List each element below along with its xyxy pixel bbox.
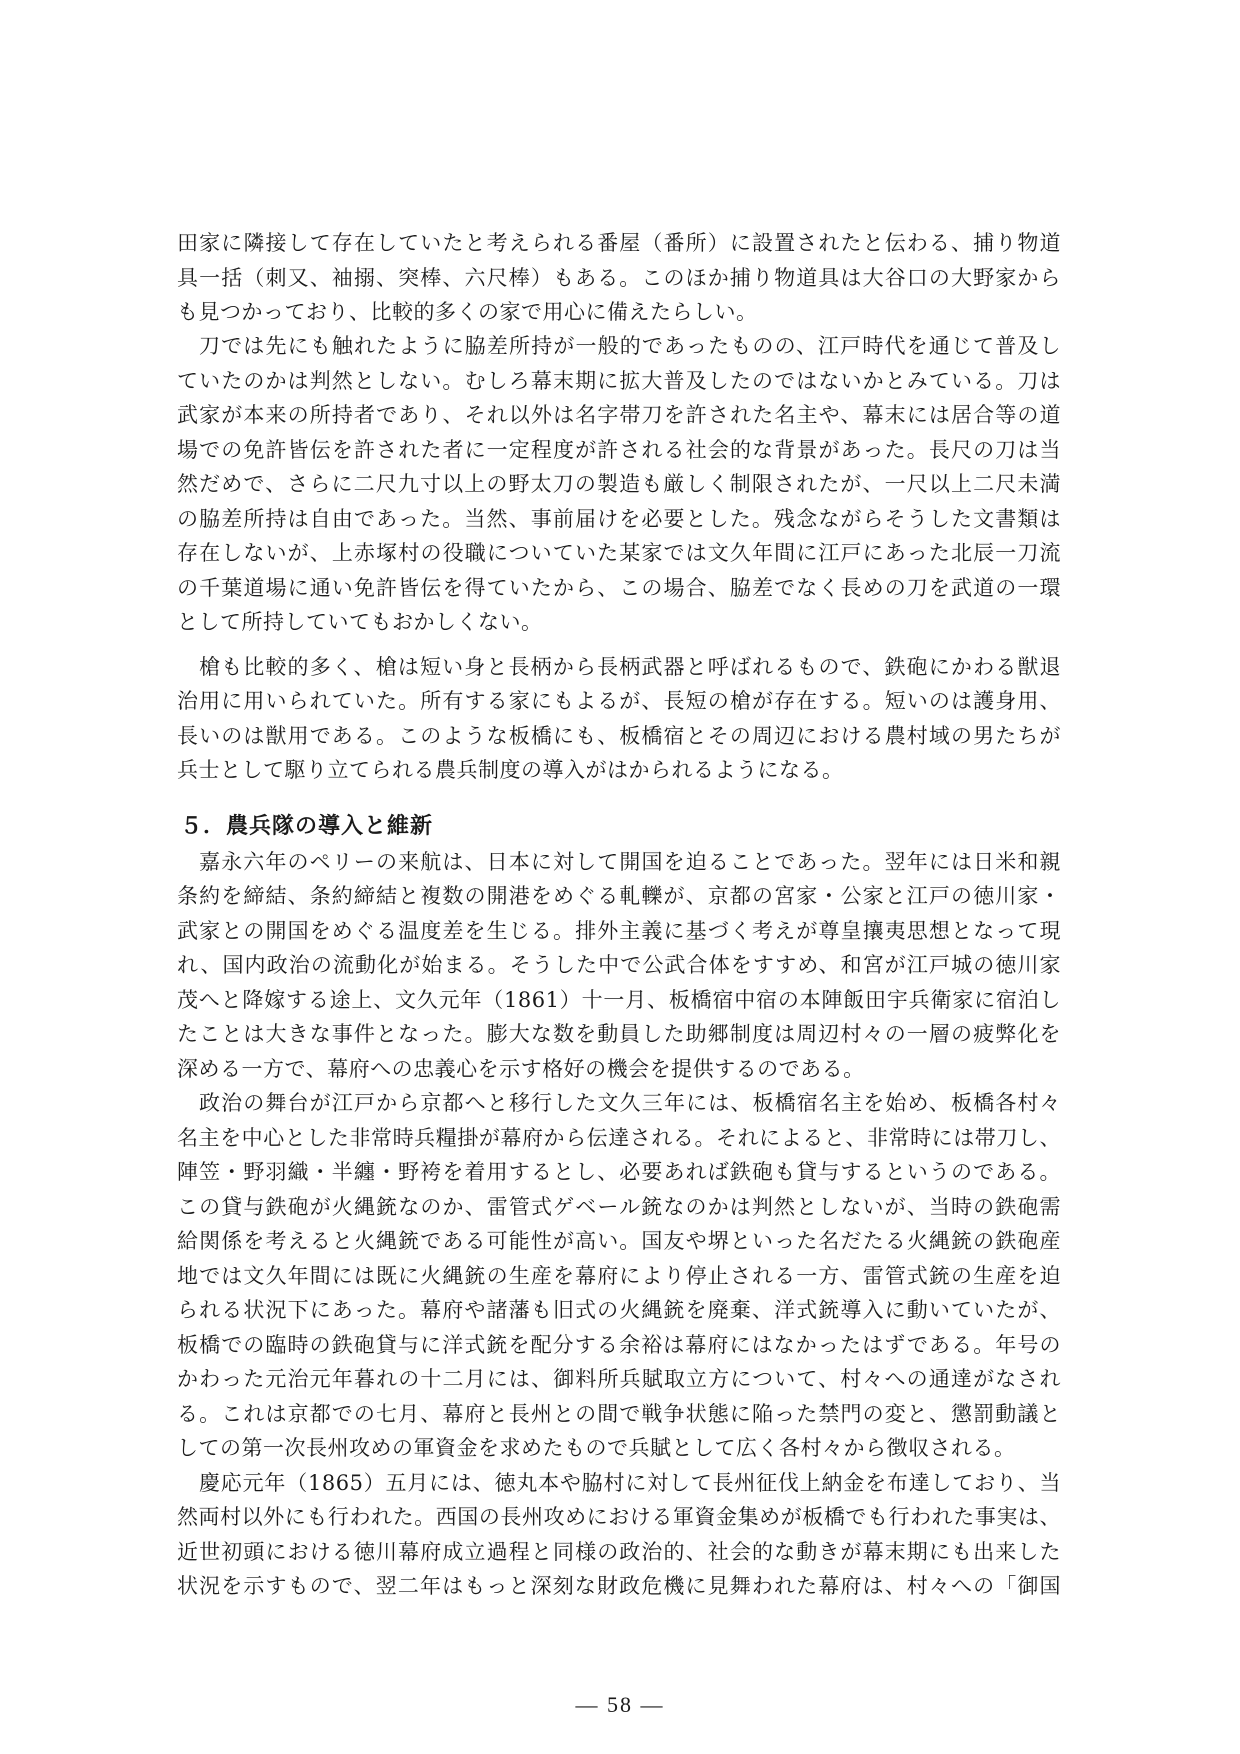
text-line: この貸与鉄砲が火縄銃なのか、雷管式ゲベール銃なのかは判然としないが、当時の鉄砲需 xyxy=(177,1190,1061,1224)
text-line: 治用に用いられていた。所有する家にもよるが、長短の槍が存在する。短いのは護身用、 xyxy=(177,684,1061,718)
text-line: 兵士として駆り立てられる農兵制度の導入がはかられるようになる。 xyxy=(177,753,1061,787)
text-line: の脇差所持は自由であった。当然、事前届けを必要とした。残念ながらそうした文書類は xyxy=(177,502,1061,536)
text-line: る。これは京都での七月、幕府と長州との間で戦争状態に陥った禁門の変と、懲罰動議と xyxy=(177,1397,1061,1431)
text-line: ていたのかは判然としない。むしろ幕末期に拡大普及したのではないかとみている。刀は xyxy=(177,364,1061,398)
text-line: 嘉永六年のペリーの来航は、日本に対して開国を迫ることであった。翌年には日米和親 xyxy=(177,845,1061,879)
text-line: れ、国内政治の流動化が始まる。そうした中で公武合体をすすめ、和宮が江戸城の徳川家 xyxy=(177,948,1061,982)
text-line: 長いのは獣用である。このような板橋にも、板橋宿とその周辺における農村域の男たちが xyxy=(177,719,1061,753)
text-line: として所持していてもおかしくない。 xyxy=(177,605,1061,639)
text-line: 近世初頭における徳川幕府成立過程と同様の政治的、社会的な動きが幕末期にも出来した xyxy=(177,1535,1061,1569)
text-line: 給関係を考えると火縄銃である可能性が高い。国友や堺といった名だたる火縄銃の鉄砲産 xyxy=(177,1224,1061,1258)
text-line: 地では文久年間には既に火縄銃の生産を幕府により停止される一方、雷管式銃の生産を迫 xyxy=(177,1259,1061,1293)
text-line: 政治の舞台が江戸から京都へと移行した文久三年には、板橋宿名主を始め、板橋各村々 xyxy=(177,1086,1061,1120)
text-line: の千葉道場に通い免許皆伝を得ていたから、この場合、脇差でなく長めの刀を武道の一環 xyxy=(177,571,1061,605)
text-line: 茂へと降嫁する途上、文久元年（1861）十一月、板橋宿中宿の本陣飯田宇兵衛家に宿… xyxy=(177,983,1061,1017)
text-line: 武家との開国をめぐる温度差を生じる。排外主義に基づく考えが尊皇攘夷思想となって現 xyxy=(177,914,1061,948)
text-line: も見つかっており、比較的多くの家で用心に備えたらしい。 xyxy=(177,295,1061,329)
text-line: 慶応元年（1865）五月には、徳丸本や脇村に対して長州征伐上納金を布達しており、… xyxy=(177,1466,1061,1500)
page-number: — 58 — xyxy=(0,1690,1240,1720)
text-line: 然両村以外にも行われた。西国の長州攻めにおける軍資金集めが板橋でも行われた事実は… xyxy=(177,1500,1061,1534)
text-line: 場での免許皆伝を許された者に一定程度が許される社会的な背景があった。長尺の刀は当 xyxy=(177,433,1061,467)
text-line: 板橋での臨時の鉄砲貸与に洋式銃を配分する余裕は幕府にはなかったはずである。年号の xyxy=(177,1328,1061,1362)
text-line: しての第一次長州攻めの軍資金を求めたもので兵賦として広く各村々から徴収される。 xyxy=(177,1431,1061,1465)
text-line: 槍も比較的多く、槍は短い身と長柄から長柄武器と呼ばれるもので、鉄砲にかわる獣退 xyxy=(177,650,1061,684)
text-line: 田家に隣接して存在していたと考えられる番屋（番所）に設置されたと伝わる、捕り物道 xyxy=(177,226,1061,260)
text-line: られる状況下にあった。幕府や諸藩も旧式の火縄銃を廃棄、洋式銃導入に動いていたが、 xyxy=(177,1293,1061,1327)
text-line: 武家が本来の所持者であり、それ以外は名字帯刀を許された名主や、幕末には居合等の道 xyxy=(177,398,1061,432)
text-line: 刀では先にも触れたように脇差所持が一般的であったものの、江戸時代を通じて普及し xyxy=(177,329,1061,363)
text-line: 深める一方で、幕府への忠義心を示す格好の機会を提供するのである。 xyxy=(177,1052,1061,1086)
text-line: 状況を示すもので、翌二年はもっと深刻な財政危機に見舞われた幕府は、村々への「御国 xyxy=(177,1569,1061,1603)
text-line: 名主を中心とした非常時兵糧掛が幕府から伝達される。それによると、非常時には帯刀し… xyxy=(177,1121,1061,1155)
text-line: かわった元治元年暮れの十二月には、御料所兵賦取立方について、村々への通達がなされ xyxy=(177,1362,1061,1396)
section-heading: ５．農兵隊の導入と維新 xyxy=(180,810,433,844)
text-line: 存在しないが、上赤塚村の役職についていた某家では文久年間に江戸にあった北辰一刀流 xyxy=(177,536,1061,570)
document-page: 田家に隣接して存在していたと考えられる番屋（番所）に設置されたと伝わる、捕り物道… xyxy=(0,0,1240,1754)
text-line: 陣笠・野羽織・半纏・野袴を着用するとし、必要あれば鉄砲も貸与するというのである。 xyxy=(177,1155,1061,1189)
text-line: たことは大きな事件となった。膨大な数を動員した助郷制度は周辺村々の一層の疲弊化を xyxy=(177,1017,1061,1051)
text-line: 条約を締結、条約締結と複数の開港をめぐる軋轢が、京都の宮家・公家と江戸の徳川家・ xyxy=(177,879,1061,913)
text-line: 具一括（刺又、袖搦、突棒、六尺棒）もある。このほか捕り物道具は大谷口の大野家から xyxy=(177,261,1061,295)
text-line: 然だめで、さらに二尺九寸以上の野太刀の製造も厳しく制限されたが、一尺以上二尺未満 xyxy=(177,467,1061,501)
